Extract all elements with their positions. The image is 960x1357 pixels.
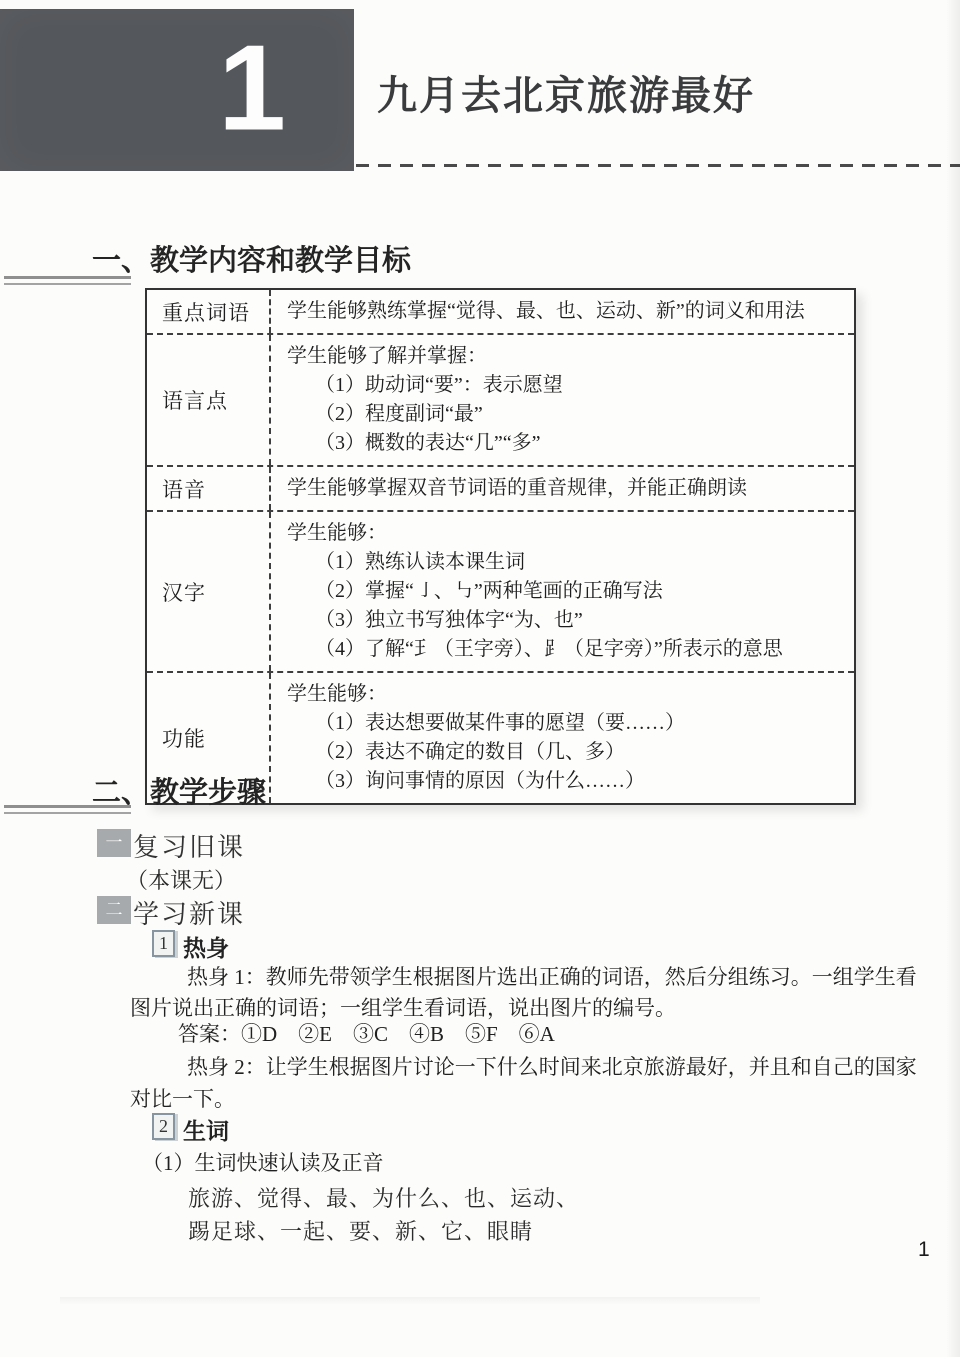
step1-note: （本课无） bbox=[126, 864, 236, 895]
table-line: 学生能够： bbox=[287, 680, 846, 709]
table-row-keywords: 重点词语 学生能够熟练掌握“觉得、最、也、运动、新”的词义和用法 bbox=[147, 290, 854, 335]
table-line: （2）表达不确定的数目（几、多） bbox=[287, 738, 846, 767]
table-line: （4）了解“⺩（王字旁）、⻊（足字旁）”所表示的意思 bbox=[287, 635, 846, 664]
table-row-content: 学生能够了解并掌握： （1）助动词“要”：表示愿望 （2）程度副词“最” （3）… bbox=[271, 335, 854, 465]
chapter-number: 1 bbox=[218, 27, 286, 149]
table-line: （1）熟练认读本课生词 bbox=[287, 548, 846, 577]
table-row-content: 学生能够掌握双音节词语的重音规律，并能正确朗读 bbox=[271, 467, 854, 510]
table-row-label: 语言点 bbox=[147, 335, 271, 465]
table-line: （2）掌握“㇚、㇉”两种笔画的正确写法 bbox=[287, 577, 846, 606]
table-row-language-points: 语言点 学生能够了解并掌握： （1）助动词“要”：表示愿望 （2）程度副词“最”… bbox=[147, 335, 854, 467]
table-line: （1）表达想要做某件事的愿望（要……） bbox=[287, 709, 846, 738]
scanned-book-page: 1 九月去北京旅游最好 一、教学内容和教学目标 重点词语 学生能够熟练掌握“觉得… bbox=[0, 0, 960, 1357]
table-line: （2）程度副词“最” bbox=[287, 400, 846, 429]
step2-title: 学习新课 bbox=[133, 894, 245, 931]
table-row-pronunciation: 语音 学生能够掌握双音节词语的重音规律，并能正确朗读 bbox=[147, 467, 854, 512]
vocab-item1: （1）生词快速认读及正音 bbox=[142, 1148, 384, 1179]
chapter-number-band: 1 bbox=[0, 9, 354, 171]
warmup-answers: 答案：①D ②E ③C ④B ⑤F ⑥A bbox=[178, 1019, 555, 1050]
vocab-number-box: 2 bbox=[152, 1113, 175, 1140]
table-row-label: 重点词语 bbox=[147, 290, 271, 333]
scan-bottom-shading bbox=[60, 1297, 760, 1305]
scan-edge-shading bbox=[946, 0, 960, 1357]
warmup1-text-line1: 热身 1：教师先带领学生根据图片选出正确的词语，然后分组练习。一组学生看 bbox=[187, 962, 917, 993]
table-row-content: 学生能够： （1）表达想要做某件事的愿望（要……） （2）表达不确定的数目（几、… bbox=[271, 673, 854, 803]
table-line: （3）独立书写独体字“为、也” bbox=[287, 606, 846, 635]
table-row-characters: 汉字 学生能够： （1）熟练认读本课生词 （2）掌握“㇚、㇉”两种笔画的正确写法… bbox=[147, 512, 854, 673]
table-line: （3）询问事情的原因（为什么……） bbox=[287, 767, 846, 796]
table-line: （1）助动词“要”：表示愿望 bbox=[287, 371, 846, 400]
step2-marker-icon: 二 bbox=[97, 896, 131, 924]
page-number: 1 bbox=[918, 1238, 930, 1262]
section2-underline bbox=[4, 805, 131, 814]
table-row-content: 学生能够熟练掌握“觉得、最、也、运动、新”的词义和用法 bbox=[271, 290, 854, 333]
warmup-number-box: 1 bbox=[152, 930, 175, 957]
vocab-words-line1: 旅游、觉得、最、为什么、也、运动、 bbox=[188, 1182, 579, 1213]
header-dashed-line bbox=[356, 164, 960, 167]
step1-marker-icon: 一 bbox=[97, 829, 131, 857]
table-line: 学生能够了解并掌握： bbox=[287, 342, 846, 371]
table-row-content: 学生能够： （1）熟练认读本课生词 （2）掌握“㇚、㇉”两种笔画的正确写法 （3… bbox=[271, 512, 854, 671]
step1-title: 复习旧课 bbox=[133, 827, 245, 864]
chapter-title: 九月去北京旅游最好 bbox=[377, 64, 755, 121]
table-line: 学生能够掌握双音节词语的重音规律，并能正确朗读 bbox=[287, 474, 846, 503]
table-row-label: 汉字 bbox=[147, 512, 271, 671]
section1-heading: 一、教学内容和教学目标 bbox=[92, 238, 411, 279]
section1-underline bbox=[4, 276, 131, 285]
objectives-table: 重点词语 学生能够熟练掌握“觉得、最、也、运动、新”的词义和用法 语言点 学生能… bbox=[145, 288, 856, 805]
warmup2-text-line1: 热身 2：让学生根据图片讨论一下什么时间来北京旅游最好，并且和自己的国家 bbox=[187, 1052, 917, 1083]
table-line: （3）概数的表达“几”“多” bbox=[287, 429, 846, 458]
table-line: 学生能够： bbox=[287, 519, 846, 548]
vocab-title: 生词 bbox=[183, 1113, 229, 1146]
table-line: 学生能够熟练掌握“觉得、最、也、运动、新”的词义和用法 bbox=[287, 297, 846, 326]
table-row-label: 语音 bbox=[147, 467, 271, 510]
warmup2-text-line2: 对比一下。 bbox=[130, 1084, 235, 1115]
warmup-title: 热身 bbox=[183, 930, 229, 963]
vocab-words-line2: 踢足球、一起、要、新、它、眼睛 bbox=[188, 1215, 533, 1246]
